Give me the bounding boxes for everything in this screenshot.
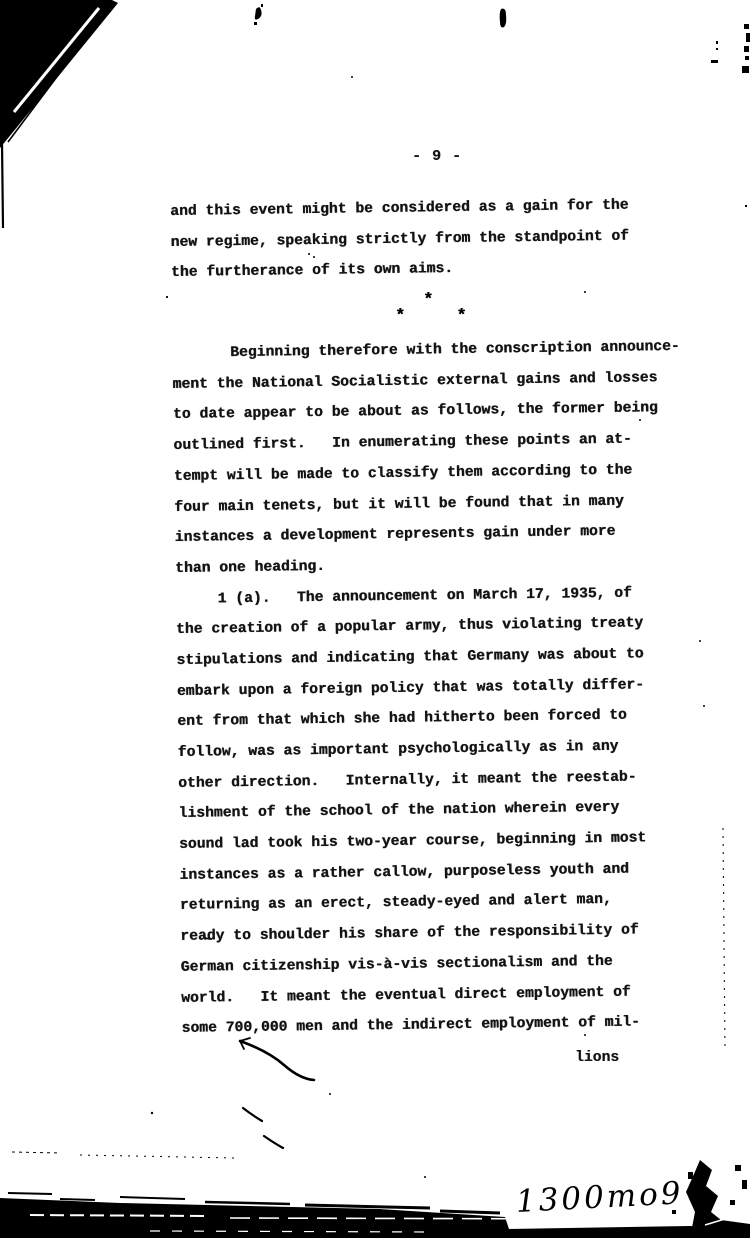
handwritten-annotation: 1300mo9	[515, 1175, 684, 1220]
asterisk-separator-bottom: * *	[395, 307, 466, 326]
page-number: - 9 -	[412, 148, 462, 165]
pen-strokes	[240, 1038, 314, 1148]
typed-line: some 700,000 men and the indirect employ…	[181, 1007, 681, 1045]
right-edge-specks	[711, 24, 750, 207]
scanned-document-page: - 9 - and this event might be considered…	[0, 0, 750, 1238]
scan-artifact-top-left-corner	[0, 0, 118, 228]
right-fold-dotted-line	[723, 828, 725, 1052]
catchword: lions	[575, 1050, 619, 1066]
top-edge-ink-marks	[254, 4, 506, 27]
